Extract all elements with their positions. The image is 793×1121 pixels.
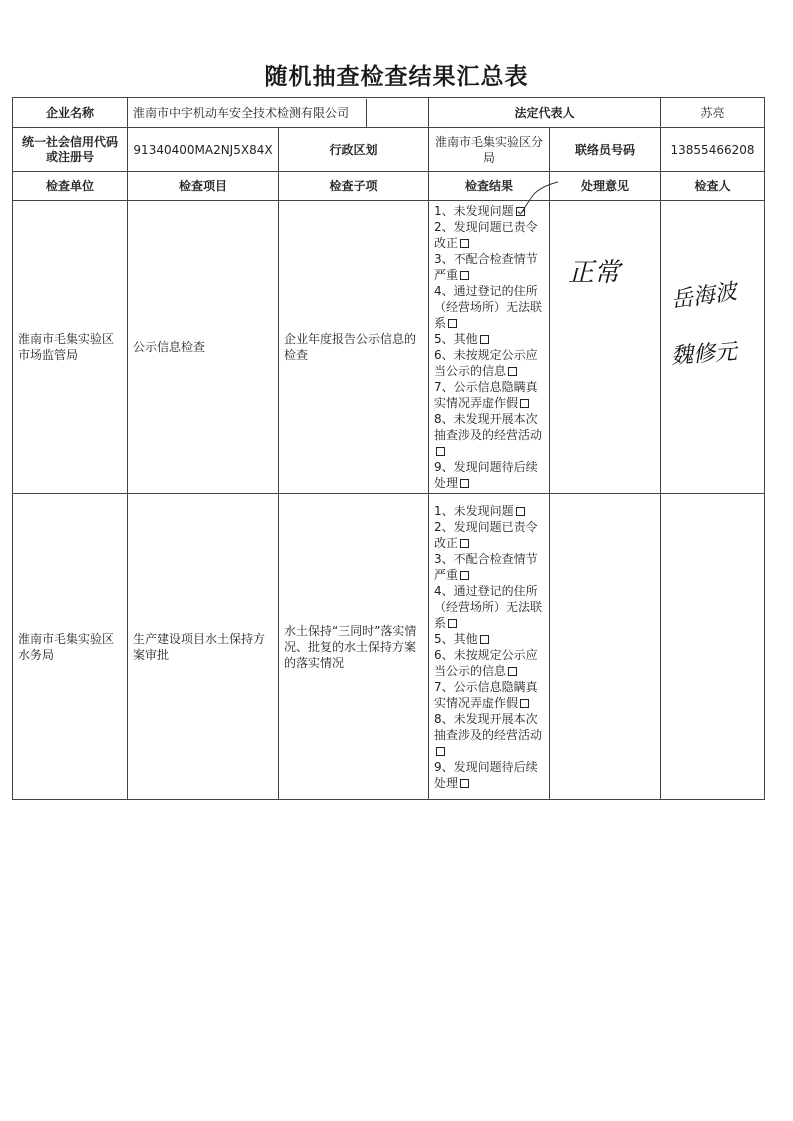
company-name-label: 企业名称 xyxy=(13,98,128,128)
result-option-7: 7、公示信息隐瞒真实情况弄虚作假 xyxy=(434,679,544,711)
checkbox-icon[interactable] xyxy=(520,699,529,708)
row-results: 1、未发现问题 2、发现问题已责令改正 3、不配合检查情节严重 4、通过登记的住… xyxy=(429,494,550,800)
credit-code-value: 91340400MA2NJ5X84X xyxy=(128,128,279,172)
result-option-5: 5、其他 xyxy=(434,331,544,347)
col-header-opinion: 处理意见 xyxy=(550,172,661,201)
company-row: 企业名称 淮南市中宇机动车安全技术检测有限公司 法定代表人 苏亮 xyxy=(13,98,765,128)
row-item: 生产建设项目水土保持方案审批 xyxy=(128,494,279,800)
inspector-signature-1: 岳海波 xyxy=(670,284,738,309)
checkbox-icon[interactable] xyxy=(460,239,469,248)
result-option-6: 6、未按规定公示应当公示的信息 xyxy=(434,647,544,679)
row-inspectors: 岳海波 魏修元 xyxy=(661,201,765,494)
row-opinion: 正常 xyxy=(550,201,661,494)
col-header-item: 检查项目 xyxy=(128,172,279,201)
credit-code-label: 统一社会信用代码或注册号 xyxy=(13,128,128,172)
result-option-4: 4、通过登记的住所（经营场所）无法联系 xyxy=(434,283,544,331)
result-option-5: 5、其他 xyxy=(434,631,544,647)
col-header-inspector: 检查人 xyxy=(661,172,765,201)
result-option-9: 9、发现问题待后续处理 xyxy=(434,459,544,491)
result-option-6: 6、未按规定公示应当公示的信息 xyxy=(434,347,544,379)
legal-rep-label: 法定代表人 xyxy=(429,98,661,128)
handwritten-check-mark-icon xyxy=(520,180,560,216)
checkbox-icon[interactable] xyxy=(480,335,489,344)
result-option-2: 2、发现问题已责令改正 xyxy=(434,519,544,551)
row-opinion xyxy=(550,494,661,800)
admin-region-value: 淮南市毛集实验区分局 xyxy=(429,128,550,172)
checkbox-icon[interactable] xyxy=(508,367,517,376)
row-unit: 淮南市毛集实验区市场监管局 xyxy=(13,201,128,494)
column-header-row: 检查单位 检查项目 检查子项 检查结果 处理意见 检查人 xyxy=(13,172,765,201)
result-option-8: 8、未发现开展本次抽查涉及的经营活动 xyxy=(434,711,544,759)
checkbox-icon[interactable] xyxy=(460,479,469,488)
checkbox-icon[interactable] xyxy=(460,571,469,580)
result-option-4: 4、通过登记的住所（经营场所）无法联系 xyxy=(434,583,544,631)
result-option-7: 7、公示信息隐瞒真实情况弄虚作假 xyxy=(434,379,544,411)
checkbox-icon[interactable] xyxy=(448,619,457,628)
checkbox-icon[interactable] xyxy=(460,271,469,280)
table-row: 淮南市毛集实验区市场监管局 公示信息检查 企业年度报告公示信息的检查 1、未发现… xyxy=(13,201,765,494)
legal-rep-value: 苏亮 xyxy=(661,98,765,128)
checkbox-icon[interactable] xyxy=(460,539,469,548)
contact-phone-value: 13855466208 xyxy=(661,128,765,172)
checkbox-icon[interactable] xyxy=(520,399,529,408)
result-option-3: 3、不配合检查情节严重 xyxy=(434,551,544,583)
result-option-3: 3、不配合检查情节严重 xyxy=(434,251,544,283)
row-subitem: 企业年度报告公示信息的检查 xyxy=(279,201,429,494)
opinion-signature: 正常 xyxy=(568,265,620,281)
inspection-summary-table: 企业名称 淮南市中宇机动车安全技术检测有限公司 法定代表人 苏亮 统一社会信用代… xyxy=(12,97,765,800)
checkbox-icon[interactable] xyxy=(436,747,445,756)
checkbox-icon[interactable] xyxy=(460,779,469,788)
row-results: 1、未发现问题 2、发现问题已责令改正 3、不配合检查情节严重 4、通过登记的住… xyxy=(429,201,550,494)
company-name-value: 淮南市中宇机动车安全技术检测有限公司 xyxy=(128,99,367,127)
result-option-1: 1、未发现问题 xyxy=(434,503,544,519)
col-header-unit: 检查单位 xyxy=(13,172,128,201)
result-option-8: 8、未发现开展本次抽查涉及的经营活动 xyxy=(434,411,544,459)
document-title: 随机抽查检查结果汇总表 xyxy=(0,58,793,91)
result-option-2: 2、发现问题已责令改正 xyxy=(434,219,544,251)
row-unit: 淮南市毛集实验区水务局 xyxy=(13,494,128,800)
contact-phone-label: 联络员号码 xyxy=(550,128,661,172)
row-inspectors xyxy=(661,494,765,800)
company-name-cell: 淮南市中宇机动车安全技术检测有限公司 xyxy=(128,98,429,128)
checkbox-icon[interactable] xyxy=(436,447,445,456)
checkbox-icon[interactable] xyxy=(508,667,517,676)
result-option-9: 9、发现问题待后续处理 xyxy=(434,759,544,791)
admin-region-label: 行政区划 xyxy=(279,128,429,172)
table-row: 淮南市毛集实验区水务局 生产建设项目水土保持方案审批 水土保持“三同时”落实情况… xyxy=(13,494,765,800)
row-subitem: 水土保持“三同时”落实情况、批复的水土保持方案的落实情况 xyxy=(279,494,429,800)
checkbox-icon[interactable] xyxy=(448,319,457,328)
row-item: 公示信息检查 xyxy=(128,201,279,494)
checkbox-icon[interactable] xyxy=(516,507,525,516)
col-header-subitem: 检查子项 xyxy=(279,172,429,201)
checkbox-icon[interactable] xyxy=(480,635,489,644)
credit-code-row: 统一社会信用代码或注册号 91340400MA2NJ5X84X 行政区划 淮南市… xyxy=(13,128,765,172)
inspector-signature-2: 魏修元 xyxy=(671,345,738,366)
